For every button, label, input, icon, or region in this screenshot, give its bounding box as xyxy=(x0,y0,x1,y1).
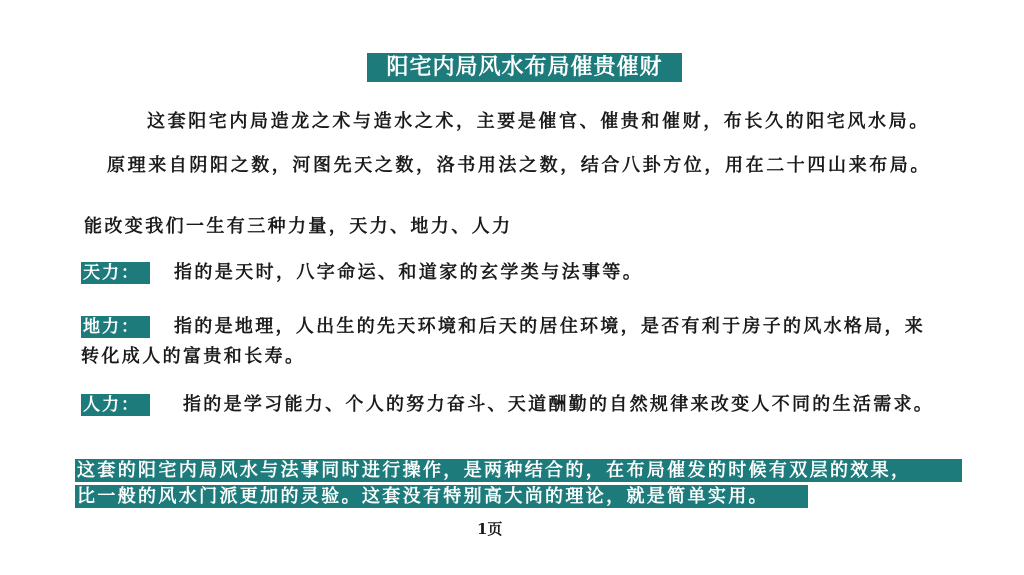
force-text-di: 指的是地理，人出生的先天环境和后天的居住环境，是否有利于房子的风水格局，来 xyxy=(174,316,925,338)
summary-highlight-line-2: 比一般的风水门派更加的灵验。这套没有特别高大尚的理论，就是简单实用。 xyxy=(75,485,808,508)
page-number: 1页 xyxy=(477,518,502,539)
force-text-tian: 指的是天时，八字命运、和道家的玄学类与法事等。 xyxy=(174,262,643,284)
forces-intro: 能改变我们一生有三种力量，天力、地力、人力 xyxy=(84,212,512,238)
force-row-ren: 人力： 指的是学习能力、个人的努力奋斗、天道酬勤的自然规律来改变人不同的生活需求… xyxy=(81,394,150,416)
force-label-di: 地力： xyxy=(81,316,150,338)
force-text-di-continuation: 转化成人的富贵和长寿。 xyxy=(81,342,305,368)
summary-highlight-line-1: 这套的阳宅内局风水与法事同时进行操作，是两种结合的，在布局催发的时候有双层的效果… xyxy=(75,459,962,482)
force-row-tian: 天力： 指的是天时，八字命运、和道家的玄学类与法事等。 xyxy=(81,262,150,284)
page-title: 阳宅内局风水布局催贵催财 xyxy=(367,53,682,82)
force-text-ren: 指的是学习能力、个人的努力奋斗、天道酬勤的自然规律来改变人不同的生活需求。 xyxy=(183,394,934,416)
intro-paragraph-1: 这套阳宅内局造龙之术与造水之术，主要是催官、催贵和催财，布长久的阳宅风水局。 xyxy=(147,107,930,133)
force-label-ren: 人力： xyxy=(81,394,150,416)
intro-paragraph-2: 原理来自阴阳之数，河图先天之数，洛书用法之数，结合八卦方位，用在二十四山来布局。 xyxy=(107,151,931,177)
force-row-di: 地力： 指的是地理，人出生的先天环境和后天的居住环境，是否有利于房子的风水格局，… xyxy=(81,316,150,338)
force-label-tian: 天力： xyxy=(81,262,150,284)
document-page: 阳宅内局风水布局催贵催财 这套阳宅内局造龙之术与造水之术，主要是催官、催贵和催财… xyxy=(0,0,1024,575)
